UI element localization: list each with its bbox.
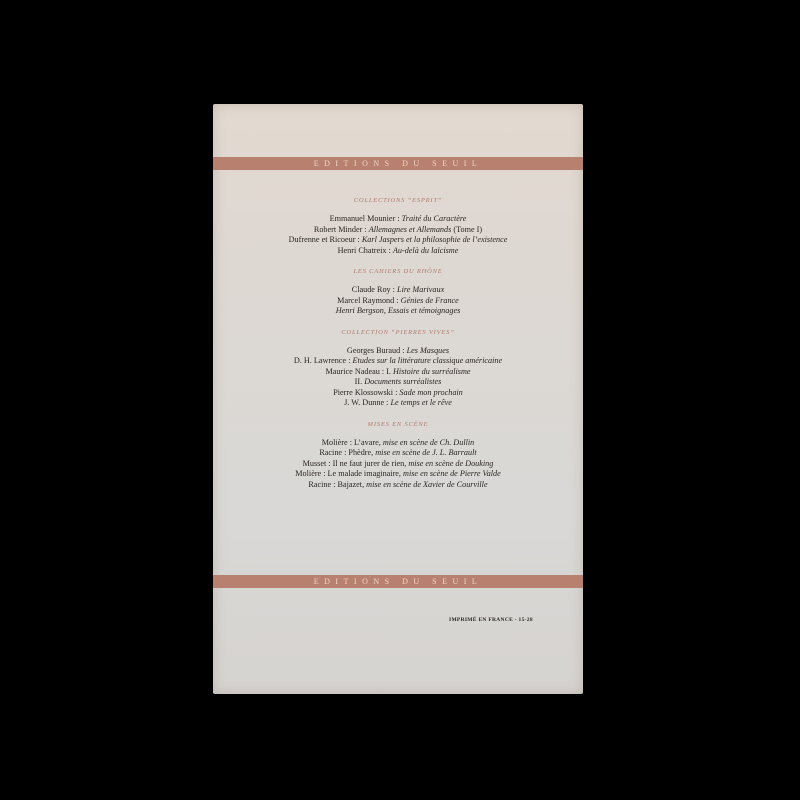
catalog-entry: D. H. Lawrence : Etudes sur la littératu… (213, 356, 583, 367)
entry-author: Claude Roy : (352, 285, 395, 294)
entry-author: Racine : Bajazet, (308, 480, 364, 489)
catalog-list: Collections “Esprit”Emmanuel Mounier : T… (213, 196, 583, 501)
catalog-entry: Dufrenne et Ricoeur : Karl Jaspers et la… (213, 235, 583, 246)
entry-author: Henri Chatreix : (338, 246, 391, 255)
catalog-entry: Molière : Le malade imaginaire, mise en … (213, 469, 583, 480)
entry-work: Lire Marivaux (397, 285, 444, 294)
entry-author: Molière : Le malade imaginaire, (295, 469, 401, 478)
publisher-band-bottom: Editions du Seuil (213, 575, 583, 588)
entry-work: Allemagnes et Allemands (369, 225, 452, 234)
book-back-cover: Editions du Seuil Collections “Esprit”Em… (213, 104, 583, 694)
entry-work: Karl Jaspers et la philosophie de l’exis… (362, 235, 508, 244)
publisher-band-top: Editions du Seuil (213, 157, 583, 170)
entry-work: Histoire du surréalisme (393, 367, 470, 376)
catalog-entry: Maurice Nadeau : I. Histoire du surréali… (213, 367, 583, 378)
catalog-entry: Marcel Raymond : Génies de France (213, 296, 583, 307)
catalog-entry: Henri Chatreix : Au-delà du laïcisme (213, 246, 583, 257)
entry-work: Documents surréalistes (364, 377, 441, 386)
entry-work: Génies de France (401, 296, 459, 305)
catalog-entry: Musset : Il ne faut jurer de rien, mise … (213, 459, 583, 470)
entry-work: Au-delà du laïcisme (393, 246, 458, 255)
catalog-entry: Emmanuel Mounier : Traité du Caractère (213, 214, 583, 225)
entry-author: Maurice Nadeau : I. (326, 367, 391, 376)
catalog-entry: Racine : Phèdre, mise en scène de J. L. … (213, 448, 583, 459)
entry-work: Les Masques (407, 346, 450, 355)
entry-work: mise en scène de Douking (408, 459, 493, 468)
catalog-entry: Claude Roy : Lire Marivaux (213, 285, 583, 296)
entry-author: Musset : Il ne faut jurer de rien, (303, 459, 407, 468)
entry-author: Pierre Klossowski : (333, 388, 397, 397)
section-title: Collections “Esprit” (213, 196, 583, 206)
entry-author: Emmanuel Mounier : (330, 214, 400, 223)
section-title: Les Cahiers du Rhône (213, 267, 583, 277)
catalog-entry: Racine : Bajazet, mise en scène de Xavie… (213, 480, 583, 491)
entry-author: Molière : L’avare, (322, 438, 381, 447)
catalog-entry: J. W. Dunne : Le temps et le rêve (213, 398, 583, 409)
section-title: Collection “Pierres Vives” (213, 328, 583, 338)
entry-suffix: (Tome I) (453, 225, 482, 234)
catalog-entry: Robert Minder : Allemagnes et Allemands … (213, 225, 583, 236)
entry-author: II. (355, 377, 363, 386)
catalog-entry: Pierre Klossowski : Sade mon prochain (213, 388, 583, 399)
entry-author: J. W. Dunne : (344, 398, 388, 407)
catalog-entry: II. Documents surréalistes (213, 377, 583, 388)
entry-work: Sade mon prochain (399, 388, 462, 397)
entry-author: D. H. Lawrence : (294, 356, 351, 365)
entry-author: Georges Buraud : (347, 346, 405, 355)
entry-author: Dufrenne et Ricoeur : (289, 235, 360, 244)
catalog-section: Mises en scèneMolière : L’avare, mise en… (213, 420, 583, 491)
entry-author: Robert Minder : (314, 225, 367, 234)
catalog-entry: Georges Buraud : Les Masques (213, 346, 583, 357)
entry-work: Etudes sur la littérature classique amér… (353, 356, 503, 365)
entry-work: mise en scène de Pierre Valde (403, 469, 501, 478)
entry-work: Henri Bergson, Essais et témoignages (336, 306, 461, 315)
imprint-line: IMPRIMÉ EN FRANCE - 15-28 (449, 617, 533, 623)
catalog-entry: Molière : L’avare, mise en scène de Ch. … (213, 438, 583, 449)
entry-work: Traité du Caractère (402, 214, 467, 223)
catalog-section: Collections “Esprit”Emmanuel Mounier : T… (213, 196, 583, 256)
catalog-entry: Henri Bergson, Essais et témoignages (213, 306, 583, 317)
entry-author: Marcel Raymond : (337, 296, 398, 305)
catalog-section: Collection “Pierres Vives”Georges Buraud… (213, 328, 583, 409)
section-title: Mises en scène (213, 420, 583, 430)
entry-work: mise en scène de Ch. Dullin (383, 438, 474, 447)
entry-work: mise en scène de J. L. Barrault (375, 448, 476, 457)
entry-author: Racine : Phèdre, (319, 448, 373, 457)
catalog-section: Les Cahiers du RhôneClaude Roy : Lire Ma… (213, 267, 583, 317)
entry-work: Le temps et le rêve (391, 398, 452, 407)
entry-work: mise en scène de Xavier de Courville (366, 480, 487, 489)
